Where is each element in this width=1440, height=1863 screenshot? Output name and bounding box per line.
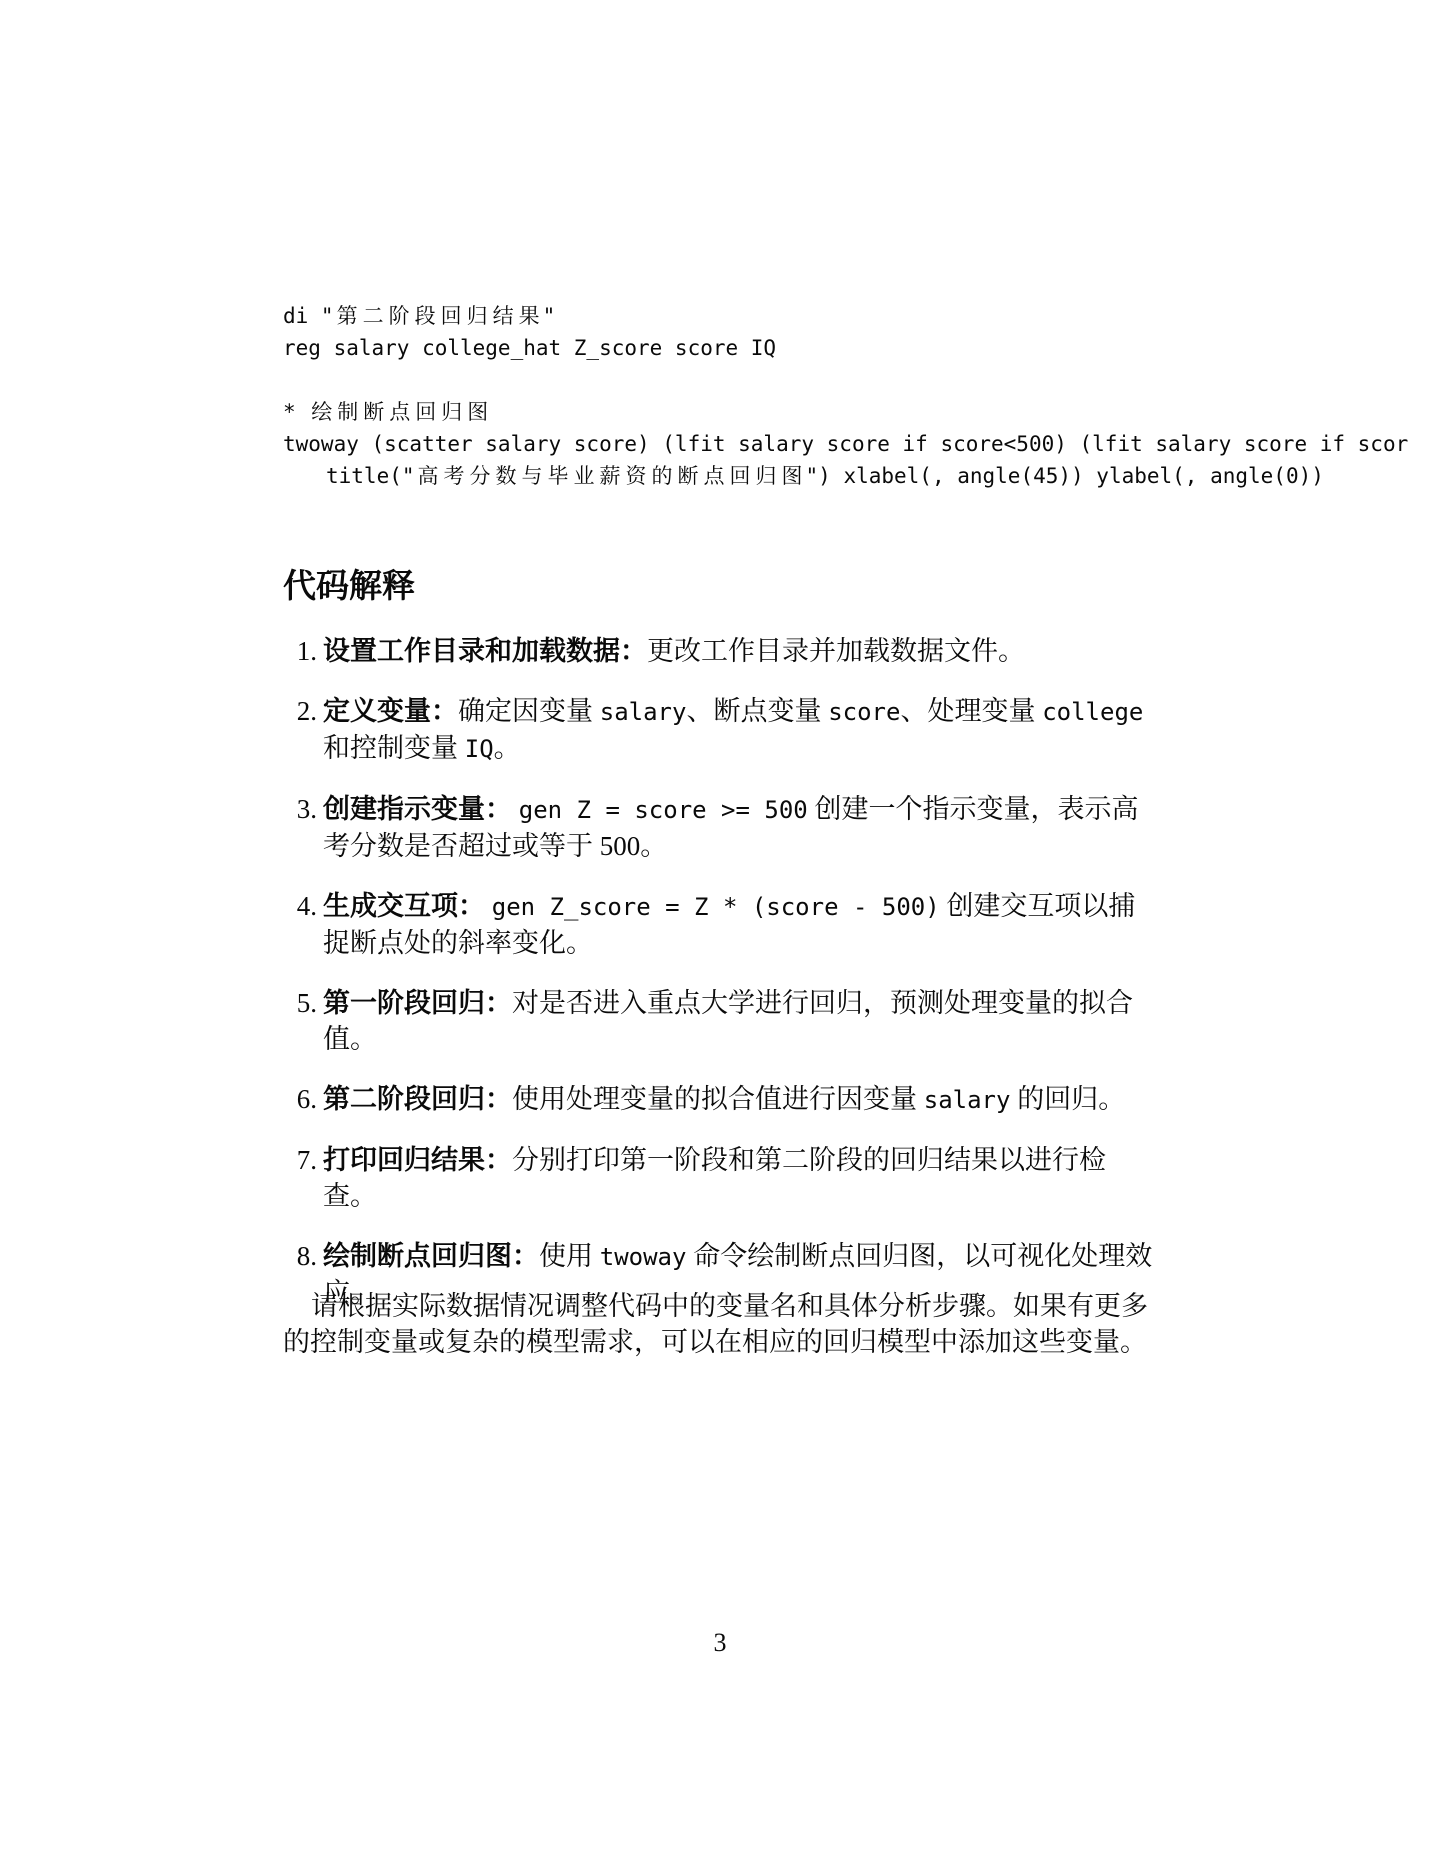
code-line: di "第二阶段回归结果" [283, 300, 1408, 332]
item-body: 第二阶段回归：使用处理变量的拟合值进行因变量 salary 的回归。 [323, 1081, 1157, 1118]
item-text: 使用 [539, 1241, 600, 1271]
code-text: * [283, 400, 308, 424]
item-text: 使用处理变量的拟合值进行因变量 [512, 1084, 924, 1114]
item-text: 的回归。 [1010, 1084, 1125, 1114]
item-inline-code: gen Z = score >= 500 [519, 796, 808, 824]
item-inline-code: twoway [600, 1243, 687, 1271]
code-line [283, 364, 1408, 396]
item-text: 和控制变量 [323, 733, 465, 763]
item-text: 确定因变量 [458, 696, 600, 726]
list-item: 1.设置工作目录和加载数据：更改工作目录并加载数据文件。 [283, 633, 1163, 669]
code-cjk-text: 绘制断点回归图 [311, 400, 493, 424]
code-line: * 绘制断点回归图 [283, 396, 1408, 428]
item-text [485, 891, 492, 921]
item-number: 4. [283, 888, 317, 961]
item-body: 生成交互项： gen Z_score = Z * (score - 500) 创… [323, 888, 1157, 961]
explanation-list: 1.设置工作目录和加载数据：更改工作目录并加载数据文件。2.定义变量：确定因变量… [283, 633, 1163, 1335]
item-number: 5. [283, 985, 317, 1057]
item-text: 、处理变量 [900, 696, 1042, 726]
list-item: 3.创建指示变量： gen Z = score >= 500 创建一个指示变量，… [283, 791, 1163, 864]
item-body: 第一阶段回归：对是否进入重点大学进行回归，预测处理变量的拟合值。 [323, 985, 1157, 1057]
page-number: 3 [0, 1628, 1440, 1658]
item-label: 第一阶段回归： [323, 988, 512, 1018]
closing-paragraph: 请根据实际数据情况调整代码中的变量名和具体分析步骤。如果有更多的控制变量或复杂的… [283, 1288, 1151, 1360]
item-number: 7. [283, 1142, 317, 1214]
code-line: reg salary college_hat Z_score score IQ [283, 332, 1408, 364]
item-number: 1. [283, 633, 317, 669]
item-number: 3. [283, 791, 317, 864]
code-text: title(" [326, 464, 415, 488]
code-block: di "第二阶段回归结果"reg salary college_hat Z_sc… [283, 300, 1408, 492]
code-text: " [543, 304, 556, 328]
item-label: 打印回归结果： [323, 1145, 512, 1175]
code-text: di " [283, 304, 334, 328]
document-page: { "document": { "code_block": { "lines":… [0, 0, 1440, 1863]
list-item: 2.定义变量：确定因变量 salary、断点变量 score、处理变量 coll… [283, 693, 1163, 767]
list-item: 6.第二阶段回归：使用处理变量的拟合值进行因变量 salary 的回归。 [283, 1081, 1163, 1118]
code-text: reg salary college_hat Z_score score IQ [283, 336, 776, 360]
item-label: 生成交互项： [323, 891, 485, 921]
item-number: 6. [283, 1081, 317, 1118]
item-body: 创建指示变量： gen Z = score >= 500 创建一个指示变量，表示… [323, 791, 1157, 864]
item-text [512, 794, 519, 824]
code-cjk-text: 第二阶段回归结果 [337, 304, 545, 328]
code-line: twoway (scatter salary score) (lfit sala… [283, 428, 1408, 460]
item-label: 绘制断点回归图： [323, 1241, 539, 1271]
item-inline-code: salary [924, 1086, 1011, 1114]
item-text: 、断点变量 [686, 696, 828, 726]
item-label: 第二阶段回归： [323, 1084, 512, 1114]
item-inline-code: score [828, 698, 900, 726]
item-body: 设置工作目录和加载数据：更改工作目录并加载数据文件。 [323, 633, 1157, 669]
item-label: 设置工作目录和加载数据： [323, 636, 647, 666]
item-number: 2. [283, 693, 317, 767]
item-inline-code: IQ [465, 735, 494, 763]
item-text: 。 [494, 733, 521, 763]
item-body: 定义变量：确定因变量 salary、断点变量 score、处理变量 colleg… [323, 693, 1157, 767]
list-item: 7.打印回归结果：分别打印第一阶段和第二阶段的回归结果以进行检查。 [283, 1142, 1163, 1214]
code-text: ") xlabel(, angle(45)) ylabel(, angle(0)… [806, 464, 1324, 488]
item-label: 创建指示变量： [323, 794, 512, 824]
code-text: twoway (scatter salary score) (lfit sala… [283, 432, 1408, 456]
item-inline-code: salary [600, 698, 687, 726]
list-item: 4.生成交互项： gen Z_score = Z * (score - 500)… [283, 888, 1163, 961]
section-heading: 代码解释 [283, 560, 415, 607]
list-item: 5.第一阶段回归：对是否进入重点大学进行回归，预测处理变量的拟合值。 [283, 985, 1163, 1057]
item-inline-code: gen Z_score = Z * (score - 500) [492, 893, 940, 921]
code-line: title("高考分数与毕业薪资的断点回归图") xlabel(, angle(… [283, 460, 1408, 492]
item-label: 定义变量： [323, 696, 458, 726]
item-body: 打印回归结果：分别打印第一阶段和第二阶段的回归结果以进行检查。 [323, 1142, 1157, 1214]
code-cjk-text: 高考分数与毕业薪资的断点回归图 [418, 464, 808, 488]
item-inline-code: college [1042, 698, 1143, 726]
item-text: 更改工作目录并加载数据文件。 [647, 636, 1025, 666]
